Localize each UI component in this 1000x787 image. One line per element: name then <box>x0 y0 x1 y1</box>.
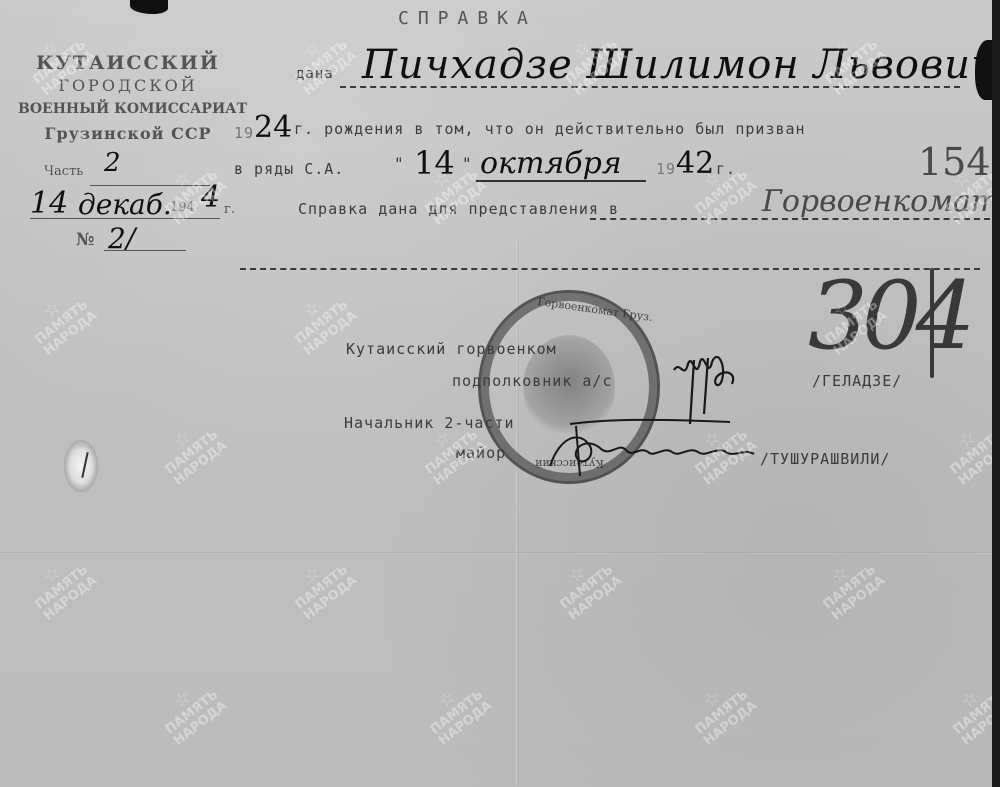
watermark-star-icon: ☆ <box>418 675 476 725</box>
watermark-star-icon: ☆ <box>941 675 999 725</box>
watermark-star-icon: ☆ <box>548 550 606 600</box>
document-title: СПРАВКА <box>398 8 537 29</box>
conscription-day: 14 <box>414 144 455 182</box>
birth-year-suffix: 24 <box>254 110 292 145</box>
large-pencil-number: 304 <box>808 262 969 371</box>
watermark-star-icon: ☆ <box>683 675 741 725</box>
margin-note: 154 <box>918 140 991 184</box>
watermark-star-icon: ☆ <box>283 285 341 335</box>
quote-close: " <box>462 154 473 173</box>
issue-date-month: декаб. <box>78 188 172 221</box>
body-line-2-prefix: в ряды С.А. <box>234 160 344 178</box>
watermark: ☆ПАМЯТЬНАРОДА <box>938 415 1000 489</box>
issue-date-g: г. <box>224 202 235 217</box>
quote-open: " <box>394 154 405 173</box>
watermark-star-icon: ☆ <box>283 550 341 600</box>
watermark-star-icon: ☆ <box>153 675 211 725</box>
signature-2-rank: майор <box>456 444 506 462</box>
scan-edge-right <box>992 0 1000 787</box>
pencil-stroke <box>930 268 934 378</box>
watermark: ☆ПАМЯТЬНАРОДА <box>548 550 625 624</box>
destination: Горвоенкомат <box>762 184 999 219</box>
torn-corner-top <box>130 0 168 14</box>
watermark-star-icon: ☆ <box>938 415 996 465</box>
issuer-line-1: КУТАИССКИЙ <box>28 52 228 74</box>
year-abbrev: г. <box>716 160 736 178</box>
number-underline <box>104 250 186 251</box>
watermark-star-icon: ☆ <box>23 550 81 600</box>
person-name: Пичхадзе Шилимон Львович <box>362 42 997 88</box>
issuer-line-3: ВОЕННЫЙ КОМИССАРИАТ <box>18 101 236 117</box>
watermark: ☆ПАМЯТЬНАРОДА <box>153 415 230 489</box>
watermark: ☆ПАМЯТЬНАРОДА <box>23 285 100 359</box>
issue-date-year-prefix: 194 <box>170 200 195 215</box>
watermark: ☆ПАМЯТЬНАРОДА <box>153 675 230 749</box>
destination-dashed-line <box>590 218 990 220</box>
watermark: ☆ПАМЯТЬНАРОДА <box>23 550 100 624</box>
issuer-line-2: ГОРОДСКОЙ <box>28 76 228 95</box>
signature-2-name: /ТУШУРАШВИЛИ/ <box>760 450 890 468</box>
signature-1-rank: подполковник а/с <box>452 372 613 390</box>
signature-1-name: /ГЕЛАДЗЕ/ <box>812 372 902 390</box>
issue-date-year-suffix: 4 <box>201 180 220 215</box>
body-line-1: г. рождения в том, что он действительно … <box>294 120 806 138</box>
number-label: № <box>76 230 94 250</box>
watermark-star-icon: ☆ <box>811 550 869 600</box>
conscription-year-suffix: 42 <box>676 146 714 181</box>
given-label: дана <box>296 66 334 82</box>
name-dashed-line <box>340 86 960 88</box>
signature-1-role: Кутаисский горвоенком <box>346 340 557 358</box>
body-line-3: Справка дана для представления в <box>298 200 619 218</box>
document-paper: КУТАИССКИЙ ГОРОДСКОЙ ВОЕННЫЙ КОМИССАРИАТ… <box>0 0 992 787</box>
issuer-line-4: Грузинской ССР <box>28 124 228 143</box>
watermark: ☆ПАМЯТЬНАРОДА <box>418 675 495 749</box>
watermark: ☆ПАМЯТЬНАРОДА <box>283 550 360 624</box>
part-label: Часть <box>44 164 83 179</box>
birth-year-prefix: 19 <box>234 124 254 142</box>
watermark: ☆ПАМЯТЬНАРОДА <box>811 550 888 624</box>
stamp-text-top: Горвоенкомат Груз. <box>537 295 654 324</box>
punch-hole <box>64 440 98 492</box>
signature-2-scribble <box>540 416 770 486</box>
month-underline <box>476 180 646 182</box>
part-underline <box>90 185 210 186</box>
watermark-star-icon: ☆ <box>153 415 211 465</box>
conscription-month: октября <box>480 146 622 181</box>
fold-line-horizontal <box>0 552 992 555</box>
signature-2-role: Начальник 2-части <box>344 414 515 432</box>
conscription-year-prefix: 19 <box>656 160 676 178</box>
part-value: 2 <box>104 148 121 178</box>
date-underline <box>30 218 220 219</box>
watermark-star-icon: ☆ <box>23 285 81 335</box>
watermark: ☆ПАМЯТЬНАРОДА <box>683 675 760 749</box>
issue-date-day: 14 <box>30 186 68 221</box>
